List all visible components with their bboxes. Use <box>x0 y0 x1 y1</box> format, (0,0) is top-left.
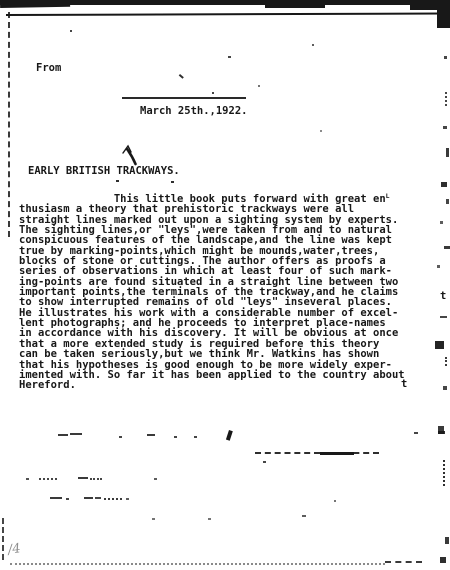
scan-artifact <box>444 56 447 59</box>
scan-artifact <box>443 386 447 390</box>
scan-artifact <box>70 30 72 32</box>
scan-artifact <box>26 478 29 480</box>
scan-artifact <box>10 563 385 567</box>
scan-artifact <box>179 74 184 79</box>
date-text: March 25th.,1922. <box>140 106 247 117</box>
scan-artifact <box>320 452 354 455</box>
scan-artifact <box>435 341 444 349</box>
scan-artifact <box>78 477 88 479</box>
scan-artifact <box>445 92 450 106</box>
scan-artifact <box>440 557 446 563</box>
scan-artifact <box>194 436 197 438</box>
scan-artifact <box>385 561 422 565</box>
date-underline-rule <box>122 97 246 99</box>
scan-artifact <box>50 497 62 501</box>
scan-artifact <box>2 518 5 560</box>
scan-artifact <box>443 460 450 486</box>
scan-artifact <box>441 182 447 187</box>
scan-artifact <box>6 12 444 16</box>
scan-artifact <box>446 148 449 157</box>
handwritten-page-mark: /4 <box>7 541 22 558</box>
scan-artifact <box>444 246 450 249</box>
body-line: imented with. So far it has been applied… <box>19 370 429 380</box>
scan-artifact <box>126 498 129 500</box>
page-title: EARLY BRITISH TRACKWAYS. <box>28 166 180 177</box>
scan-artifact <box>212 92 214 94</box>
scan-artifact <box>8 12 11 237</box>
body-line: Hereford. <box>19 380 429 390</box>
scan-artifact <box>208 518 211 520</box>
body-line: can be taken seriously,but we think Mr. … <box>19 349 429 359</box>
scan-artifact <box>39 478 57 482</box>
scan-artifact <box>445 357 450 366</box>
scan-artifact <box>263 461 266 463</box>
scan-artifact <box>258 85 260 87</box>
scan-artifact <box>438 426 444 434</box>
scan-artifact <box>95 497 101 499</box>
scan-artifact <box>84 497 93 499</box>
scan-artifact <box>171 181 174 183</box>
stray-bleedthrough-char: t <box>440 291 446 301</box>
scan-artifact <box>437 265 440 268</box>
scan-artifact <box>58 434 68 436</box>
scan-artifact <box>152 518 155 520</box>
scan-artifact <box>70 433 82 437</box>
stray-bleedthrough-char: t <box>401 379 407 389</box>
scanned-document-page: From March 25th.,1922. EARLY BRITISH TRA… <box>0 0 450 570</box>
scan-artifact <box>265 0 325 8</box>
scan-artifact <box>119 436 122 438</box>
scan-artifact <box>255 452 379 456</box>
scan-artifact <box>174 436 177 438</box>
scan-artifact <box>228 56 231 58</box>
scan-artifact <box>334 500 336 502</box>
scan-artifact <box>302 515 306 517</box>
scan-artifact <box>312 44 314 46</box>
scan-artifact <box>154 478 157 480</box>
scan-artifact <box>320 130 322 132</box>
scan-artifact <box>443 126 447 129</box>
scan-artifact <box>226 430 233 441</box>
scan-artifact <box>104 498 122 502</box>
scan-artifact <box>116 180 119 182</box>
scan-artifact <box>90 478 102 482</box>
scan-artifact <box>0 0 70 8</box>
scan-artifact <box>414 432 418 434</box>
scan-artifact <box>446 199 449 204</box>
raised-hyphen-mark: L <box>386 192 390 200</box>
scan-artifact <box>440 316 447 318</box>
scan-artifact <box>66 498 69 500</box>
scan-artifact <box>147 434 155 436</box>
body-paragraph: This little book puts forward with great… <box>19 194 429 391</box>
scan-artifact <box>445 537 449 544</box>
from-label: From <box>36 63 61 74</box>
scan-artifact <box>440 221 443 224</box>
